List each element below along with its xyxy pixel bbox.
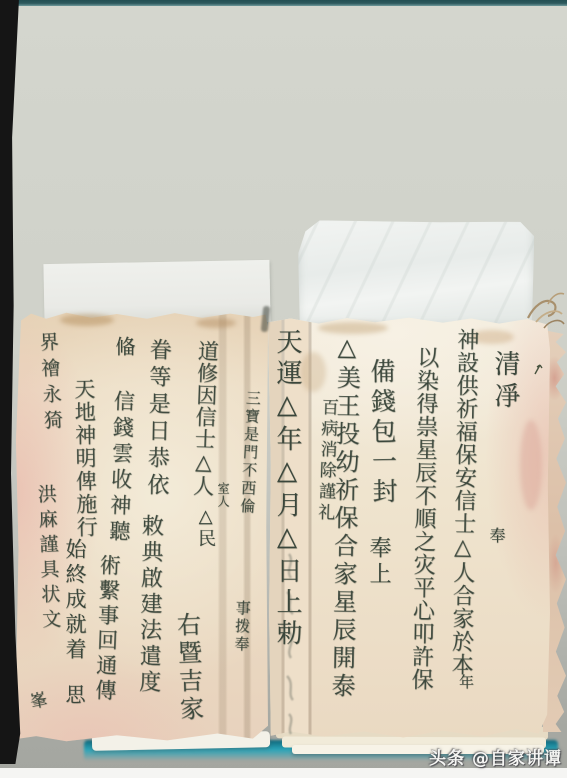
right-page-column-10: 天運△年△月△日上勅 [274, 328, 300, 650]
left-page-column-10: 信錢雲收神聽 [107, 390, 133, 547]
left-page-column-2: 事拨奉 [233, 600, 250, 654]
paper-stain [60, 314, 114, 326]
left-page-column-13: 始終成就着 [64, 538, 85, 663]
left-page-column-4: 室人 [217, 482, 229, 508]
right-page-column-3: 神設供祈福保安信士△人合家於本 [449, 328, 477, 676]
right-page-column-9: 百病消除謹礼 [315, 398, 336, 525]
right-page-column-2: 奉 [488, 527, 504, 543]
left-page-column-11: 術繫事回通傳 [93, 554, 119, 705]
left-page-column-6: 右暨吉家 [174, 612, 202, 725]
paper-stain [520, 420, 542, 510]
left-page-column-3: 道修因信士△人 [191, 340, 217, 498]
margin-ink-tick [533, 362, 545, 376]
left-page-column-8: 敕典啟建法遣度 [136, 514, 161, 696]
paper-stain [196, 318, 236, 328]
right-page-column-4: 年 [458, 674, 473, 689]
watermark: 头条 @自家讲谭 [429, 744, 562, 769]
right-page-column-5: 以染得祟星辰不順之灾平心叩許保 [409, 346, 437, 691]
scanner-top-edge-line [14, 0, 567, 6]
right-page-column-7: 奉上 [367, 536, 389, 588]
left-page-column-12: 天地神明俾施行 [73, 378, 97, 539]
left-page-column-16: 洪麻謹具状文 [35, 484, 59, 635]
loose-white-sheet [298, 220, 535, 334]
left-page-column-5: △民 [196, 506, 214, 549]
left-page-column-14: 思 [64, 684, 84, 704]
left-page-column-7: 眷等是日恭依 [145, 338, 170, 500]
right-page-column-6: 備錢包一封 [369, 358, 397, 508]
left-page-column-17: 峯 [25, 690, 45, 710]
scanner-bottom-white-strip [0, 768, 567, 778]
left-page-column-15: 界禬永猗 [37, 332, 61, 437]
paper-stain [300, 352, 326, 392]
left-page-column-9: 偹 [114, 336, 134, 356]
binding-threads [518, 288, 566, 350]
right-page-column-1: 清凈 [492, 350, 518, 414]
scanned-manuscript-photo: 头条 @自家讲谭 三寶是門不西倫事拨奉道修因信士△人室人△民右暨吉家眷等是日恭依… [0, 0, 567, 778]
